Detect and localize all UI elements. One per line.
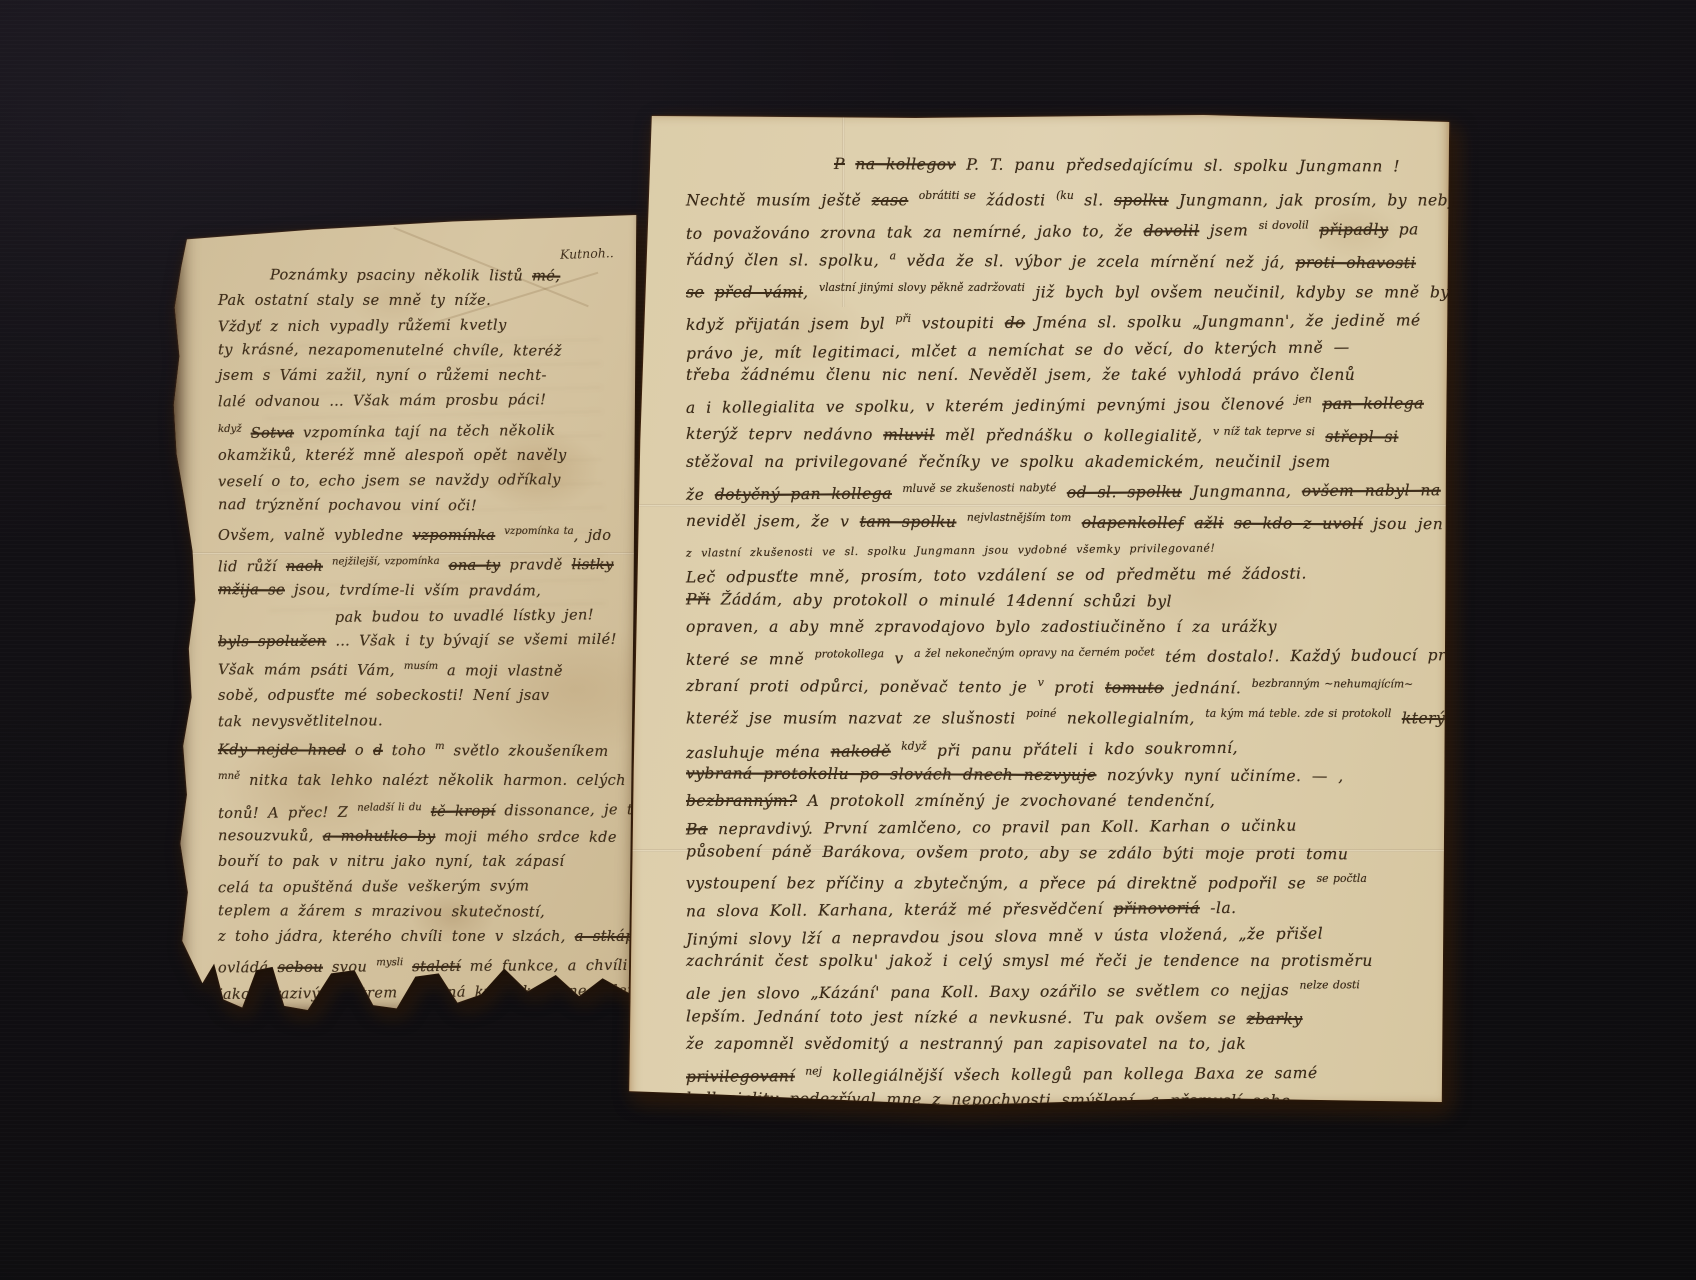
left-paper-sheet: Kutnoh.. Poznámky psaciny několik listů … [172, 202, 640, 1014]
struck-out-words: listky [572, 557, 614, 573]
struck-out-words: privilegovaní [686, 1067, 795, 1086]
interline-insertion: vzpomínka ta [504, 526, 574, 537]
struck-out-words: pochvízi [1316, 1115, 1385, 1134]
struck-out-words: pochvami jsem [686, 1120, 815, 1139]
struck-out-words: Při [686, 590, 710, 608]
struck-out-words: sebou [278, 959, 323, 975]
handwriting-line: zbraní proti odpůrci, poněvač tento je v… [686, 668, 1444, 702]
interline-insertion: v níž tak teprve si [1213, 425, 1315, 438]
struck-out-words: přinovoriá [1113, 899, 1199, 918]
handwriting-line: nad trýznění pochavou viní oči! [218, 493, 630, 520]
interline-insertion: musím [404, 661, 438, 672]
handwriting-line: jsem s Vámi zažil, nyní o růžemi necht- [218, 364, 630, 389]
struck-out-words: střepl si [1325, 428, 1398, 446]
handwriting-line: když Sotva vzpomínka tají na těch několi… [218, 413, 630, 447]
handwriting-line: kollegiality podezříval mne z nepochvost… [686, 1085, 1444, 1114]
interline-insertion: neladší li du [357, 802, 422, 814]
struck-out-words: ovšem nabyl na [1302, 481, 1441, 500]
interline-insertion: bezbranným ~nehumajícím~ [1252, 677, 1413, 691]
handwriting-line: Však mám psáti Vám, musím a moji vlastně [218, 653, 630, 685]
handwriting-line: nýž pan Kramář — [686, 1137, 1444, 1168]
struck-out-words: byls spolužen [218, 634, 326, 651]
struck-out-words: bezbranným? [686, 792, 797, 810]
handwriting-line: nesouzvuků, a mohutko by moji mého srdce… [218, 824, 630, 851]
handwriting-line: a bolestí, [218, 1005, 630, 1030]
struck-out-words: do [1005, 314, 1025, 332]
struck-out-words: od sl. spolku [1067, 482, 1182, 501]
struck-out-words: a přemyslí sebe [1150, 1091, 1291, 1110]
handwriting-line: které se mně protokollega v a žel nekone… [686, 637, 1444, 672]
handwriting-line: Pak ostatní staly se mně ty níže. [218, 289, 630, 314]
handwriting-line: P na kollegov P. T. panu předsedajícímu … [686, 150, 1444, 179]
handwriting-line: neviděl jsem, že v tam spolku nejvlastně… [686, 503, 1444, 537]
struck-out-words: mluvil [883, 426, 934, 444]
handwriting-line: Ovšem, valně vybledne vzpomínka vzpomínk… [218, 519, 630, 549]
struck-out-words: před vámi [715, 283, 804, 301]
interline-insertion: obrátiti se [919, 189, 976, 202]
handwriting-line: Poznámky psaciny několik listů mé, [218, 263, 630, 290]
handwriting-line: když přijatán jsem byl při vstoupiti do … [686, 303, 1444, 338]
handwriting-line: bouří to pak v nitru jako nyní, tak zápa… [218, 850, 630, 875]
handwriting-line: že dotyčný pan kollega mluvě se zkušenos… [686, 472, 1444, 507]
handwriting-line: kteréž jse musím nazvat ze slušnosti poi… [686, 701, 1444, 732]
handwriting-line: řádný člen sl. spolku, a věda že sl. výb… [686, 242, 1444, 276]
interline-insertion: ta kým má teble. zde si protokoll [1205, 707, 1391, 720]
handwriting-line: tonů! A přec! Z neladší li du tě kropí d… [218, 793, 630, 827]
interline-insertion: (ku [1056, 189, 1074, 202]
right-manuscript-sheet: P na kollegov P. T. panu předsedajícímu … [628, 112, 1450, 1107]
handwriting-line: se před vámi, vlastní jinými slovy pěkně… [686, 275, 1444, 306]
handwriting-line: Při Žádám, aby protokoll o minulé 14denn… [686, 586, 1444, 615]
corner-annotation: Kutnoh.. [560, 245, 614, 262]
struck-out-words: P [834, 155, 845, 173]
handwriting-line: mně nitka tak lehko nalézt několik harmo… [218, 764, 630, 794]
struck-out-words: se kdo z uvolí [1234, 514, 1363, 533]
interline-insertion: protokollega [815, 647, 884, 660]
struck-out-words: mé, [532, 268, 560, 284]
left-manuscript-fragment: Kutnoh.. Poznámky psaciny několik listů … [172, 202, 640, 1014]
handwriting-line: lid růží nach nejžilejší, vzpomínka ona … [218, 548, 630, 581]
handwriting-line: okamžiků, kteréž mně alespoň opět navěly [218, 444, 630, 469]
interline-insertion: si dovolil [1259, 218, 1309, 231]
interline-insertion: mluvě se zkušenosti nabyté [902, 481, 1056, 495]
right-page-handwriting: P na kollegov P. T. panu předsedajícímu … [686, 152, 1444, 1165]
struck-out-words: mžija se [218, 582, 285, 598]
handwriting-line: to považováno zrovna tak za nemírné, jak… [686, 211, 1444, 246]
interline-insertion: mně [218, 771, 240, 782]
handwriting-line: sobě, odpusťte mé sobeckosti! Není jsav [218, 684, 630, 709]
struck-out-words: zbarky [1247, 1009, 1303, 1027]
handwriting-line: z toho jádra, kterého chvíli tone v slzá… [218, 925, 630, 950]
interline-insertion: jen [1295, 392, 1312, 405]
handwriting-line: celá ta opuštěná duše veškerým svým [218, 873, 630, 901]
struck-out-words: Sotva [251, 425, 294, 441]
handwriting-line: Leč odpusťte mně, prosím, toto vzdálení … [686, 559, 1444, 590]
handwriting-line: stěžoval na privilegované řečníky ve spo… [686, 449, 1444, 475]
struck-out-words: vzpomínka [413, 528, 496, 544]
struck-out-words: připadly [1319, 220, 1388, 238]
handwriting-line: a i kollegialita ve spolku, v kterém jed… [686, 385, 1444, 420]
handwriting-line: lepším. Jednání toto jest nízké a nevkus… [686, 1003, 1444, 1032]
struck-out-words: zase [872, 192, 909, 210]
interline-insertion: v [1038, 676, 1044, 689]
struck-out-words: dotyčný pan kollega [715, 484, 892, 503]
handwriting-line: vystoupení bez příčiny a zbytečným, a př… [686, 866, 1444, 897]
handwriting-line: teplem a žárem s mrazivou skutečností, [218, 899, 630, 926]
struck-out-words: tomuto [1105, 679, 1164, 697]
struck-out-words: tě kropí [431, 804, 496, 821]
interline-insertion: když [901, 739, 926, 752]
handwriting-line: tak nevysvětlitelnou. [218, 708, 630, 736]
handwriting-line: lalé odvanou … Však mám prosbu páci! [218, 388, 630, 416]
handwriting-line: ale jen slovo „Kázání' pana Koll. Baxy o… [686, 972, 1444, 1007]
handwriting-line: byls spolužen … Však i ty bývají se všem… [218, 628, 630, 656]
struck-out-words: vybraná protokollu po slovách dnech nezv… [686, 764, 1097, 784]
struck-out-words: nach [286, 559, 323, 575]
interline-insertion: m [435, 741, 445, 752]
struck-out-words: Kdy nejde hned [218, 742, 346, 759]
struck-out-words: pan kollega [1322, 394, 1424, 413]
interline-insertion: vlastní jinými slovy pěkně zadržovati [819, 281, 1025, 294]
handwriting-line: jako mrazivým větrem spálená květinka hy… [218, 979, 630, 1008]
interline-insertion: a žel nekonečným opravy na černém počet [914, 645, 1155, 659]
handwriting-line: působení páně Barákova, ovšem proto, aby… [686, 838, 1444, 867]
interline-insertion: nejžilejší, vzpomínka [332, 556, 440, 568]
photograph-of-manuscripts: Kutnoh.. Poznámky psaciny několik listů … [0, 0, 1696, 1280]
interline-insertion: nelze dosti [1299, 978, 1359, 991]
struck-out-words: ažli [1194, 514, 1223, 532]
struck-out-words: tam spolku [860, 513, 957, 531]
left-page-handwriting: Poznámky psaciny několik listů mé,Pak os… [218, 264, 630, 1030]
struck-out-words: který [1402, 709, 1445, 727]
handwriting-line: kterýž teprv nedávno mluvil měl přednášk… [686, 416, 1444, 450]
struck-out-words: nakodě [831, 742, 891, 761]
interline-insertion: když [218, 424, 242, 435]
struck-out-words: Ba [686, 820, 708, 838]
interline-insertion: nejvlastnějším tom [967, 511, 1072, 524]
interline-insertion: se počtla [1317, 872, 1367, 885]
handwriting-line: veselí o to, echo jsem se navždy odříkal… [218, 468, 630, 496]
handwriting-line: pochvami jsem vzmýšlené pravě. Any smýšl… [686, 1110, 1444, 1143]
handwriting-line: Nechtě musím ještě zase obrátiti se žádo… [686, 183, 1444, 214]
handwriting-line: opraven, a aby mně zpravodajovo bylo zad… [686, 614, 1444, 640]
struck-out-words: dovolil [1143, 221, 1199, 239]
handwriting-line: bezbranným? A protokoll zmíněný je zvoch… [686, 788, 1444, 814]
interline-insertion: a [890, 249, 897, 262]
interline-insertion: poiné [1026, 707, 1056, 720]
handwriting-line: mžija se jsou, tvrdíme-li vším pravdám, [218, 578, 630, 605]
struck-out-words: staletí [412, 958, 461, 974]
struck-out-words: ona ty [449, 558, 501, 574]
handwriting-line: Ba nepravdivý. První zamlčeno, co pravil… [686, 811, 1444, 842]
interline-insertion: mysli [376, 957, 403, 968]
struck-out-words: olapenkollef [1082, 514, 1184, 532]
handwriting-line: Kdy nejde hned o d toho m světlo zkoušen… [218, 733, 630, 765]
struck-out-words: d [373, 743, 383, 759]
struck-out-words: na kollegov [855, 155, 956, 173]
struck-out-words: a mohutko by [323, 828, 436, 844]
handwriting-line: privilegovaní nej kollegiálnější všech k… [686, 1054, 1444, 1089]
handwriting-line: Vždyť z nich vypadly růžemi kvetly [218, 313, 630, 341]
right-paper-sheet: P na kollegov P. T. panu předsedajícímu … [628, 112, 1450, 1107]
handwriting-line: zachránit čest spolku' jakož i celý smys… [686, 948, 1444, 974]
struck-out-words: se [686, 283, 704, 301]
interline-insertion: při [895, 312, 911, 325]
handwriting-line: ovládá sebou svou mysli staletí mé funkc… [218, 948, 630, 981]
handwriting-line: ty krásné, nezapomenutelné chvíle, které… [218, 338, 630, 365]
struck-out-words: proti ohavosti [1295, 254, 1416, 273]
interline-insertion: nej [805, 1064, 822, 1077]
handwriting-line: vybraná protokollu po slovách dnech nezv… [686, 760, 1444, 789]
struck-out-words: spolku [1114, 192, 1169, 210]
handwriting-line: že zapomněl svědomitý a nestranný pan za… [686, 1031, 1444, 1057]
